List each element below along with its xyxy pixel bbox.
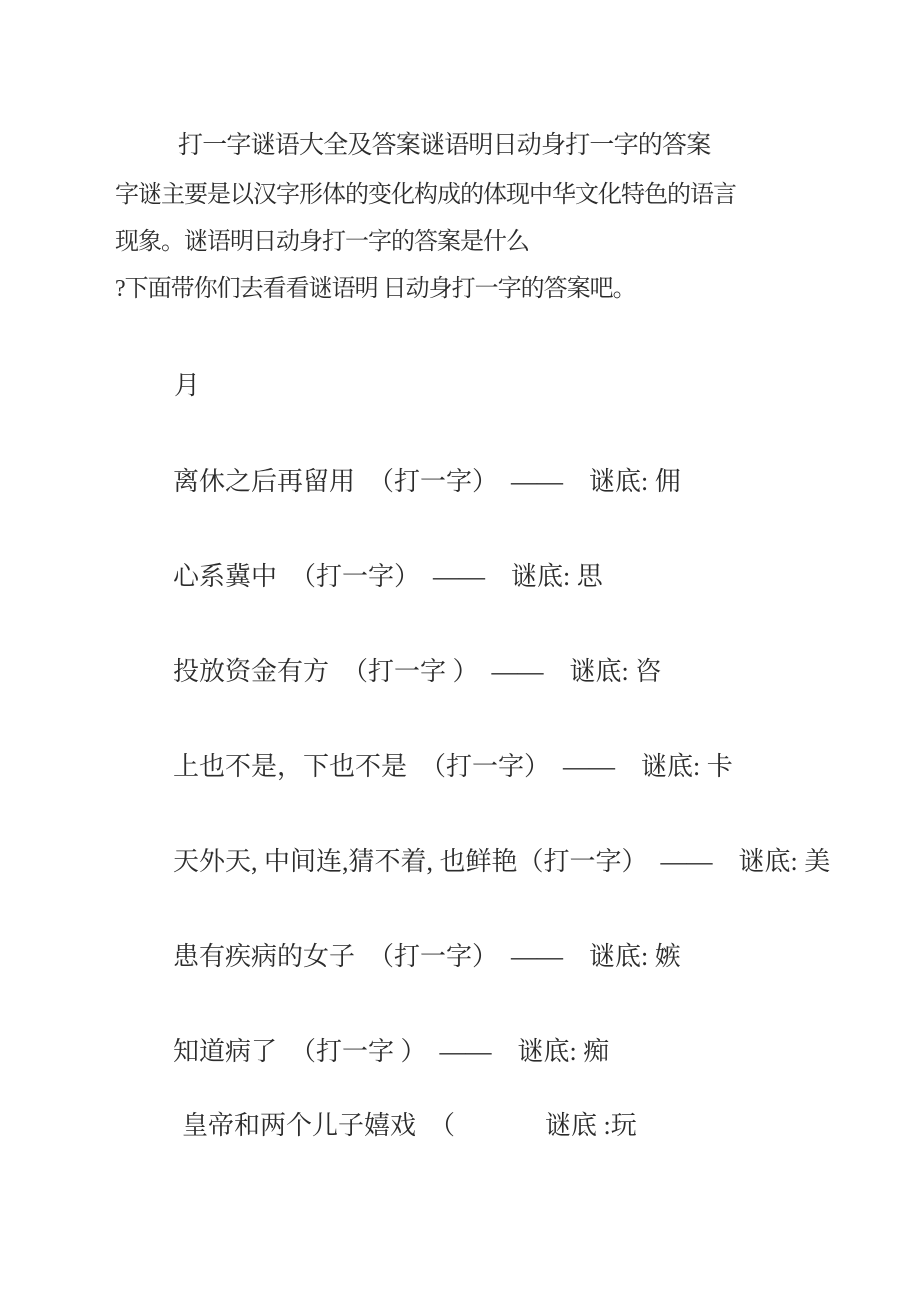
intro-line-2: 现象。谜语明日动身打一字的答案是什么 xyxy=(115,228,529,257)
intro-line-3: ?下面带你们去看看谜语明 日动身打一字的答案吧。 xyxy=(115,275,636,304)
riddle-line-2: 心系冀中 （打一字） —— 谜底: 思 xyxy=(173,561,603,592)
riddle-partial-answer: 谜底 :玩 xyxy=(545,1110,637,1141)
riddle-line-7: 知道病了 （打一字 ） —— 谜底: 痴 xyxy=(173,1036,609,1067)
riddle-line-4: 上也不是，下也不是 （打一字） —— 谜底: 卡 xyxy=(173,751,733,782)
intro-line-1: 字谜主要是以汉字形体的变化构成的体现中华文化特色的语言 xyxy=(115,181,736,210)
riddle-line-6: 患有疾病的女子 （打一字） —— 谜底: 嫉 xyxy=(173,941,681,972)
riddle-partial-clue: 皇帝和两个儿子嬉戏 （ xyxy=(182,1110,455,1141)
riddle-line-3: 投放资金有方 （打一字 ） —— 谜底: 咨 xyxy=(173,656,661,687)
document-page: 打一字谜语大全及答案谜语明日动身打一字的答案 字谜主要是以汉字形体的变化构成的体… xyxy=(0,0,920,1303)
riddle-line-1: 离休之后再留用 （打一字） —— 谜底: 佣 xyxy=(173,466,681,497)
section-marker: 月 xyxy=(174,370,200,401)
document-title: 打一字谜语大全及答案谜语明日动身打一字的答案 xyxy=(178,131,710,161)
riddle-line-5: 天外天, 中间连,猜不着, 也鲜艳（打一字） —— 谜底: 美 xyxy=(173,846,830,877)
